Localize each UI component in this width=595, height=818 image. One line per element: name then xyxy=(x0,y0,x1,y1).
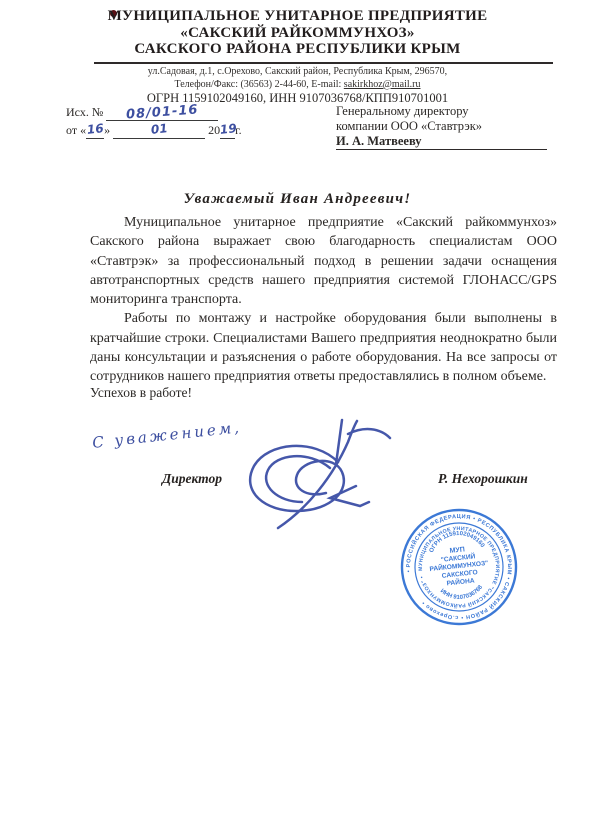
body-paragraph-2: Работы по монтажу и настройке оборудован… xyxy=(90,309,557,386)
date-year-handwritten: 19 xyxy=(219,120,237,139)
address-line: ул.Садовая, д.1, с.Орехово, Сакский райо… xyxy=(0,66,595,79)
closing-line: Успехов в работе! xyxy=(90,385,192,401)
date-year-prefix: 20 xyxy=(208,123,220,137)
outgoing-number-line: Исх. № 08/01-16 xyxy=(66,103,242,121)
stamp-center-text: МУП "САКСКИЙ РАЙКОММУНХОЗ" САКСКОГО РАЙО… xyxy=(428,544,491,589)
date-year-blank: 19 xyxy=(220,121,235,139)
letterhead-title: МУНИЦИПАЛЬНОЕ УНИТАРНОЕ ПРЕДПРИЯТИЕ «САК… xyxy=(0,8,595,58)
date-day-handwritten: 16 xyxy=(86,120,104,139)
date-month-handwritten: 01 xyxy=(150,120,168,139)
date-day-blank: 16 xyxy=(86,121,104,139)
title-line-1: МУНИЦИПАЛЬНОЕ УНИТАРНОЕ ПРЕДПРИЯТИЕ xyxy=(0,8,595,25)
email-link: sakirkhoz@mail.ru xyxy=(344,79,421,90)
title-line-3: САКСКОГО РАЙОНА РЕСПУБЛИКИ КРЫМ xyxy=(0,41,595,58)
contact-prefix: Телефон/Факс: (36563) 2-44-60, E-mail: xyxy=(174,79,343,90)
signature-zigzag xyxy=(330,486,369,506)
letter-body: Муниципальное унитарное предприятие «Сак… xyxy=(90,213,557,387)
date-from-label: от « xyxy=(66,123,86,137)
handwritten-regards: С уважением, xyxy=(91,418,242,452)
letterhead-contacts: ул.Садовая, д.1, с.Орехово, Сакский райо… xyxy=(0,66,595,105)
scanned-letter-page: МУНИЦИПАЛЬНОЕ УНИТАРНОЕ ПРЕДПРИЯТИЕ «САК… xyxy=(0,0,595,818)
title-line-2: «САКСКИЙ РАЙКОММУНХОЗ» xyxy=(0,25,595,42)
outgoing-ref-block: Исх. № 08/01-16 от «16» 01 2019г. xyxy=(66,103,242,139)
recipient-block: Генеральному директору компании ООО «Ста… xyxy=(336,104,482,149)
company-stamp: • РОССИЙСКАЯ ФЕДЕРАЦИЯ • РЕСПУБЛИКА КРЫМ… xyxy=(390,498,528,636)
recipient-line-1: Генеральному директору xyxy=(336,104,482,119)
contact-line: Телефон/Факс: (36563) 2-44-60, E-mail: s… xyxy=(0,79,595,92)
signature-tail xyxy=(348,429,390,438)
outgoing-date-line: от «16» 01 2019г. xyxy=(66,121,242,139)
outgoing-number-label: Исх. № xyxy=(66,105,103,119)
letterhead-divider xyxy=(94,62,553,64)
recipient-line-2: компании ООО «Ставтрэк» xyxy=(336,119,482,134)
date-quote-close: » xyxy=(104,123,110,137)
recipient-underline xyxy=(336,149,547,150)
signer-title: Директор xyxy=(162,471,222,487)
salutation: Уважаемый Иван Андреевич! xyxy=(0,191,595,208)
recipient-name: И. А. Матвееву xyxy=(336,134,482,149)
outgoing-number-blank: 08/01-16 xyxy=(106,103,218,121)
date-month-blank: 01 xyxy=(113,121,205,139)
body-paragraph-1: Муниципальное унитарное предприятие «Сак… xyxy=(90,213,557,309)
signer-name: Р. Нехорошкин xyxy=(438,471,528,487)
